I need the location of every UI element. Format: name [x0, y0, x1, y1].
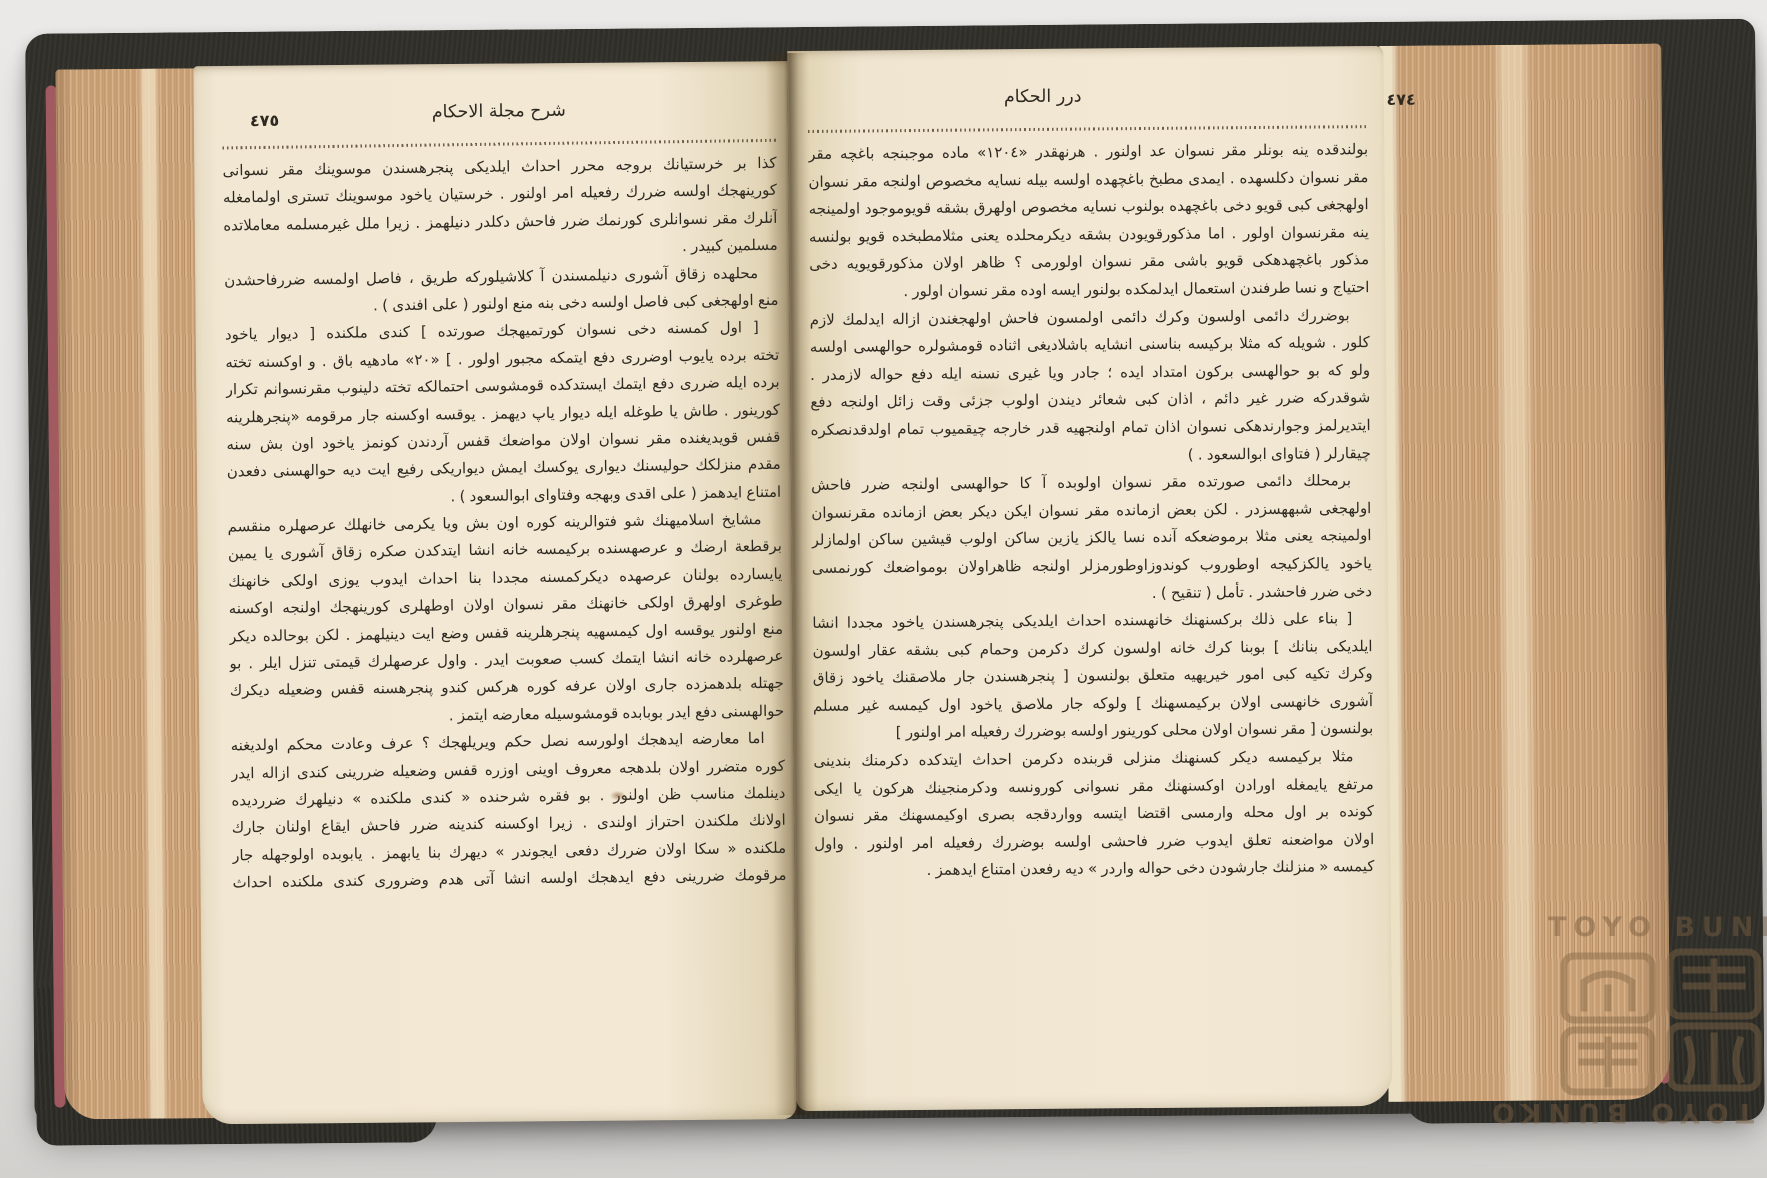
text-line: احتياج و نسا طرفندن استعمال ايدلمكده بول… — [809, 274, 1369, 306]
right-page-content: ٤٧٤ درر الحكام بولندقده ينه بونلر مقر نس… — [808, 84, 1375, 886]
page-number: ٤٧٤ — [1386, 90, 1415, 109]
book-photograph: ٤٧٥ شرح مجلة الاحكام كذا بر خرستيانك برو… — [0, 0, 1767, 1178]
text-line: كيمسه « منزلنك جارشودن دخى حواله واردر »… — [814, 853, 1374, 885]
text-line: بولندقده ينه بونلر مقر نسوان عد اولنور .… — [808, 136, 1368, 168]
right-page-body: بولندقده ينه بونلر مقر نسوان عد اولنور .… — [808, 136, 1374, 886]
text-line: ايتديرلمز وجوارندهكى نسوان اذان تمام اول… — [810, 412, 1370, 444]
text-line: ياخود يالكزكيجه اوطوروب كوندوزاوطورمزلر … — [812, 550, 1372, 582]
open-book: ٤٧٥ شرح مجلة الاحكام كذا بر خرستيانك برو… — [0, 0, 1767, 1178]
header-rule — [808, 125, 1368, 133]
text-line: مثلا بركيمسه ديكر كسنهنك منزلى قربنده دك… — [813, 743, 1373, 775]
page-fore-edge-right — [1379, 44, 1670, 1102]
left-page-header: ٤٧٥ شرح مجلة الاحكام — [222, 98, 776, 142]
page-number: ٤٧٥ — [250, 111, 280, 130]
left-page-body: كذا بر خرستيانك بروجه محرر احداث ايلديكى… — [222, 150, 786, 897]
left-page-content: ٤٧٥ شرح مجلة الاحكام كذا بر خرستيانك برو… — [222, 98, 787, 897]
page-title: درر الحكام — [1004, 87, 1082, 108]
header-rule — [222, 139, 776, 150]
text-line: [ بناء على ذلك بركسنهنك خانهسنده احداث ا… — [812, 605, 1372, 637]
page-title: شرح مجلة الاحكام — [432, 101, 566, 123]
right-page-header: ٤٧٤ درر الحكام — [808, 84, 1368, 125]
